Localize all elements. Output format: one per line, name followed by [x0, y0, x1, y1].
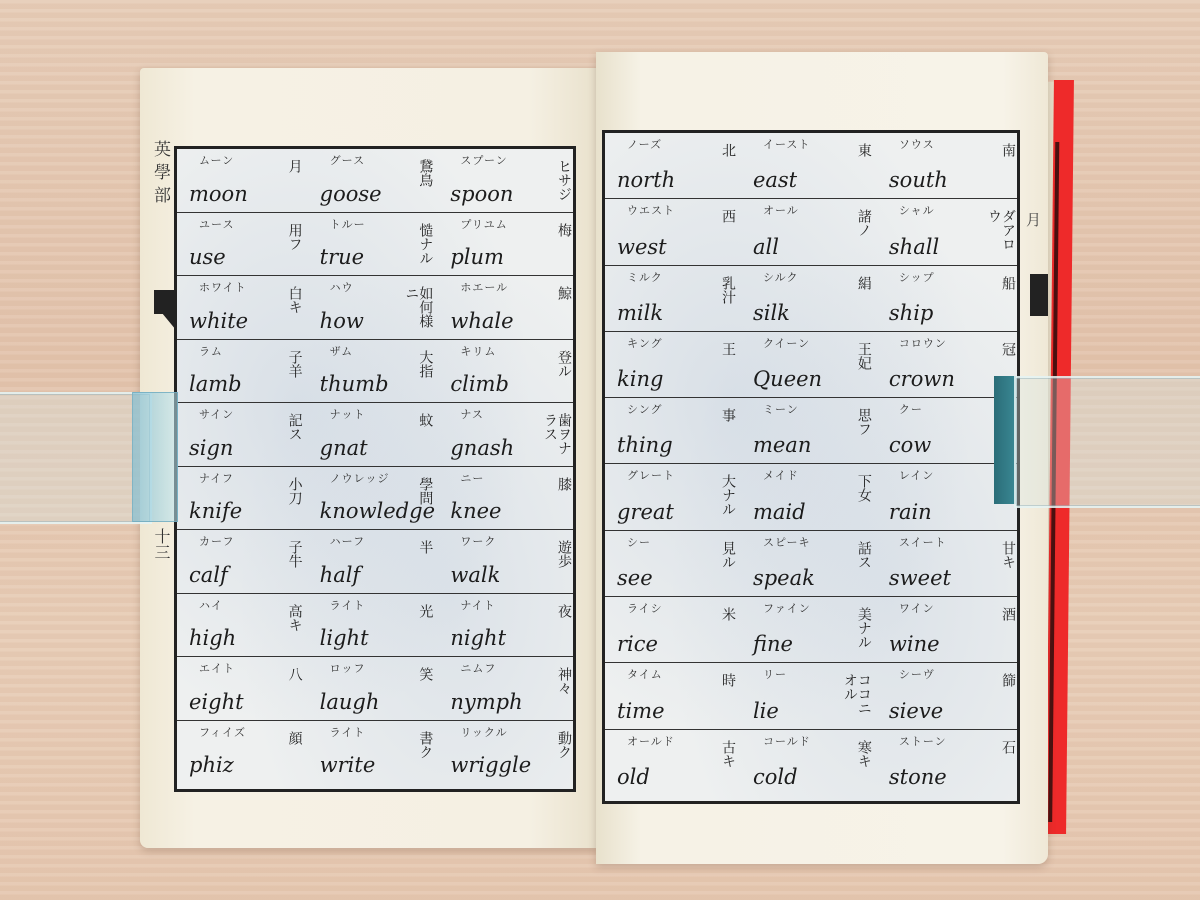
japanese-gloss: 美ナル — [857, 607, 871, 649]
katakana-reading: フィイズ — [199, 724, 246, 740]
english-word: plum — [450, 245, 504, 269]
english-word: time — [617, 699, 665, 723]
english-word: whale — [450, 309, 513, 333]
acrylic-weight-end-right — [994, 376, 1016, 504]
katakana-reading: ワーク — [460, 533, 496, 549]
vocab-entry: シャルshallダアロウ — [877, 199, 1017, 264]
japanese-gloss: 西 — [721, 209, 735, 223]
katakana-reading: ロッフ — [330, 660, 366, 676]
katakana-reading: タイム — [627, 666, 663, 682]
vocab-entry: ラムlamb子羊 — [177, 340, 308, 403]
vocab-row: ノーズnorth北イーストeast東ソウスsouth南 — [605, 133, 1017, 199]
margin-text: 月 — [1023, 212, 1044, 227]
katakana-reading: イースト — [763, 136, 810, 152]
vocab-entry: シルクsilk絹 — [741, 266, 877, 331]
english-word: sweet — [889, 566, 951, 590]
japanese-gloss: 蚊 — [418, 413, 432, 427]
katakana-reading: エイト — [199, 660, 235, 676]
japanese-gloss: 酒 — [1001, 607, 1015, 621]
japanese-gloss: 下女 — [857, 474, 871, 502]
katakana-reading: クイーン — [763, 335, 810, 351]
english-word: night — [450, 626, 506, 650]
japanese-gloss: 小刀 — [288, 477, 302, 505]
japanese-gloss: 話ス — [857, 541, 871, 569]
japanese-gloss: 記ス — [288, 413, 302, 441]
vocab-row: シーsee見ルスピーキspeak話ススイートsweet甘キ — [605, 531, 1017, 597]
japanese-gloss: 歯ヲナラス — [543, 413, 571, 466]
vocab-entry: ニムフnymph神々 — [438, 657, 573, 720]
vocab-row: ラムlamb子羊ザムthumb大指キリムclimb登ル — [177, 340, 573, 404]
katakana-reading: ミーン — [763, 401, 799, 417]
fishtail-mark-icon — [154, 290, 176, 330]
katakana-reading: ライト — [330, 597, 366, 613]
katakana-reading: シング — [627, 401, 663, 417]
vocab-entry: ニーknee膝 — [438, 467, 573, 530]
english-word: shall — [889, 235, 939, 259]
katakana-reading: ライシ — [627, 600, 663, 616]
vocab-entry: スピーキspeak話ス — [741, 531, 877, 596]
katakana-reading: クー — [899, 401, 923, 417]
acrylic-page-weight-left — [0, 392, 152, 524]
english-word: thumb — [320, 372, 389, 396]
page-number: 十三 — [150, 528, 173, 560]
vocab-entry: シーsee見ル — [605, 531, 741, 596]
japanese-gloss: 絹 — [857, 276, 871, 290]
right-page: ノーズnorth北イーストeast東ソウスsouth南ウエストwest西オールa… — [596, 52, 1048, 864]
vocabulary-table-right: ノーズnorth北イーストeast東ソウスsouth南ウエストwest西オールa… — [602, 130, 1020, 804]
katakana-reading: サイン — [199, 406, 234, 422]
japanese-gloss: 事 — [721, 408, 735, 422]
english-word: moon — [189, 182, 248, 206]
vocab-row: フィイズphiz顔ライトwrite書クリックルwriggle動ク — [177, 721, 573, 784]
english-word: cow — [889, 433, 931, 457]
english-word: how — [320, 309, 364, 333]
vocab-entry: ライシrice米 — [605, 597, 741, 662]
english-word: maid — [753, 500, 806, 524]
japanese-gloss: ヒサジ — [557, 159, 571, 201]
vocab-entry: ライトwrite書ク — [308, 721, 439, 784]
japanese-gloss: 大ナル — [721, 474, 735, 516]
book-title-margin: 英學部 — [148, 140, 173, 209]
english-word: rain — [889, 500, 932, 524]
katakana-reading: シーヴ — [899, 666, 935, 682]
katakana-reading: ファイン — [763, 600, 811, 616]
katakana-reading: ナイト — [460, 597, 495, 613]
vocab-entry: リーlieココニオル — [741, 663, 877, 728]
english-word: cold — [753, 765, 798, 789]
japanese-gloss: 北 — [721, 143, 735, 157]
english-word: fine — [753, 632, 793, 656]
vocab-entry: タイムtime時 — [605, 663, 741, 728]
japanese-gloss: 見ル — [721, 541, 735, 569]
japanese-gloss: 石 — [1001, 740, 1015, 754]
katakana-reading: ホワイト — [199, 279, 247, 295]
english-word: lie — [753, 699, 779, 723]
vocab-entry: ザムthumb大指 — [308, 340, 439, 403]
english-word: gnat — [320, 436, 368, 460]
katakana-reading: ノウレッジ — [330, 470, 390, 486]
japanese-gloss: 膝 — [557, 477, 571, 491]
acrylic-weight-end-left — [132, 392, 178, 522]
vocab-entry: ロッフlaugh笑 — [308, 657, 439, 720]
vocab-entry: スイートsweet甘キ — [877, 531, 1017, 596]
vocab-entry: プリユムplum梅 — [438, 213, 573, 276]
vocab-entry: イーストeast東 — [741, 133, 877, 198]
vocab-entry: ウエストwest西 — [605, 199, 741, 264]
english-word: high — [189, 626, 236, 650]
english-word: phiz — [189, 753, 234, 777]
vocab-row: ホワイトwhite白キハウhow如何様ニホエールwhale鯨 — [177, 276, 573, 340]
english-word: milk — [617, 301, 663, 325]
english-word: king — [617, 367, 663, 391]
katakana-reading: シャル — [899, 202, 935, 218]
japanese-gloss: 笑 — [418, 667, 432, 681]
vocab-entry: フィイズphiz顔 — [177, 721, 308, 784]
japanese-gloss: 東 — [857, 143, 871, 157]
fishtail-mark-icon — [1030, 274, 1048, 316]
katakana-reading: ザム — [330, 343, 353, 359]
katakana-reading: スプーン — [460, 152, 507, 168]
vocab-row: ムーンmoon月グースgoose鵞鳥スプーンspoonヒサジ — [177, 149, 573, 213]
katakana-reading: ワイン — [899, 600, 935, 616]
english-word: north — [617, 168, 675, 192]
japanese-gloss: 白キ — [288, 286, 302, 314]
japanese-gloss: ダアロウ — [987, 209, 1015, 264]
english-word: write — [320, 753, 376, 777]
japanese-gloss: 古キ — [721, 740, 735, 768]
vocab-entry: コールドcold寒キ — [741, 730, 877, 795]
katakana-reading: グレート — [627, 467, 675, 483]
japanese-gloss: 半 — [418, 540, 432, 554]
japanese-gloss: 學問 — [418, 477, 432, 505]
english-word: sieve — [889, 699, 943, 723]
english-word: speak — [753, 566, 815, 590]
japanese-gloss: 梅 — [557, 223, 571, 237]
vocab-row: キングking王クイーンQueen王妃コロウンcrown冠 — [605, 332, 1017, 398]
japanese-gloss: 篩 — [1001, 673, 1015, 687]
japanese-gloss: 米 — [721, 607, 735, 621]
vocab-row: エイトeight八ロッフlaugh笑ニムフnymph神々 — [177, 657, 573, 721]
english-word: true — [320, 245, 364, 269]
japanese-gloss: 八 — [288, 667, 302, 681]
katakana-reading: ソウス — [899, 136, 935, 152]
vocab-row: タイムtime時リーlieココニオルシーヴsieve篩 — [605, 663, 1017, 729]
katakana-reading: プリユム — [460, 216, 507, 232]
katakana-reading: ラム — [199, 343, 223, 359]
vocab-entry: キングking王 — [605, 332, 741, 397]
japanese-gloss: 動ク — [557, 731, 571, 759]
vocab-row: シングthing事ミーンmean思フクーcow牝牛 — [605, 398, 1017, 464]
katakana-reading: シー — [627, 534, 651, 550]
vocab-entry: トルーtrue慥ナル — [308, 213, 439, 276]
english-word: laugh — [320, 690, 380, 714]
katakana-reading: ホエール — [460, 279, 508, 295]
vocab-row: ミルクmilk乳汁シルクsilk絹シップship船 — [605, 266, 1017, 332]
english-word: all — [753, 235, 779, 259]
japanese-gloss: 船 — [1001, 276, 1015, 290]
katakana-reading: オールド — [627, 733, 675, 749]
katakana-reading: ストーン — [899, 733, 947, 749]
vocab-entry: シングthing事 — [605, 398, 741, 463]
vocab-entry: クイーンQueen王妃 — [741, 332, 877, 397]
acrylic-page-weight-right — [1014, 376, 1200, 508]
katakana-reading: リックル — [460, 724, 507, 740]
japanese-gloss: 高キ — [288, 604, 302, 632]
japanese-gloss: 顔 — [288, 731, 302, 745]
vocab-entry: リックルwriggle動ク — [438, 721, 573, 784]
vocab-entry: サインsign記ス — [177, 403, 308, 466]
english-word: silk — [753, 301, 790, 325]
english-word: see — [617, 566, 653, 590]
vocab-row: ナイフknife小刀ノウレッジknowledge學問ニーknee膝 — [177, 467, 573, 531]
vocab-row: オールドold古キコールドcold寒キストーンstone石 — [605, 730, 1017, 795]
english-word: rice — [617, 632, 658, 656]
vocab-entry: シーヴsieve篩 — [877, 663, 1017, 728]
katakana-reading: ミルク — [627, 269, 663, 285]
left-page: 英學部 十三 ムーンmoon月グースgoose鵞鳥スプーンspoonヒサジユース… — [140, 68, 598, 848]
vocab-entry: ホワイトwhite白キ — [177, 276, 308, 339]
english-word: crown — [889, 367, 955, 391]
japanese-gloss: 如何様ニ — [404, 286, 432, 339]
katakana-reading: グース — [330, 152, 365, 168]
vocab-entry: ストーンstone石 — [877, 730, 1017, 795]
japanese-gloss: 諸ノ — [857, 209, 871, 237]
japanese-gloss: 思フ — [857, 408, 871, 436]
japanese-gloss: 子羊 — [288, 350, 302, 378]
japanese-gloss: 光 — [418, 604, 432, 618]
english-word: south — [889, 168, 948, 192]
english-word: walk — [450, 563, 500, 587]
vocab-entry: メイドmaid下女 — [741, 464, 877, 529]
japanese-gloss: 王妃 — [857, 342, 871, 370]
vocab-row: ライシrice米ファインfine美ナルワインwine酒 — [605, 597, 1017, 663]
japanese-gloss: 時 — [721, 673, 735, 687]
vocab-entry: ノーズnorth北 — [605, 133, 741, 198]
english-word: calf — [189, 563, 228, 587]
vocab-entry: ナイトnight夜 — [438, 594, 573, 657]
katakana-reading: スイート — [899, 534, 947, 550]
english-word: great — [617, 500, 674, 524]
english-word: ship — [889, 301, 933, 325]
katakana-reading: トルー — [330, 216, 366, 232]
katakana-reading: カーフ — [199, 533, 234, 549]
vocab-row: グレートgreat大ナルメイドmaid下女レインrain雨 — [605, 464, 1017, 530]
english-word: lamb — [189, 372, 242, 396]
english-word: use — [189, 245, 226, 269]
japanese-gloss: 用フ — [288, 223, 302, 251]
english-word: stone — [889, 765, 947, 789]
katakana-reading: ニムフ — [460, 660, 496, 676]
vocab-entry: ホエールwhale鯨 — [438, 276, 573, 339]
english-word: Queen — [753, 367, 822, 391]
english-word: wriggle — [450, 753, 531, 777]
japanese-gloss: 冠 — [1001, 342, 1015, 356]
vocab-entry: ユースuse用フ — [177, 213, 308, 276]
japanese-gloss: 鵞鳥 — [418, 159, 432, 187]
japanese-gloss: 乳汁 — [721, 276, 735, 304]
katakana-reading: キング — [627, 335, 663, 351]
katakana-reading: ライト — [330, 724, 366, 740]
japanese-gloss: 月 — [288, 159, 302, 173]
katakana-reading: ハイ — [199, 597, 223, 613]
vocab-entry: ファインfine美ナル — [741, 597, 877, 662]
vocab-entry: ハイhigh高キ — [177, 594, 308, 657]
katakana-reading: スピーキ — [763, 534, 811, 550]
english-word: spoon — [450, 182, 513, 206]
vocab-entry: ノウレッジknowledge學問 — [308, 467, 439, 530]
katakana-reading: ムーン — [199, 152, 234, 168]
japanese-gloss: 慥ナル — [418, 223, 432, 265]
vocab-entry: ハーフhalf半 — [308, 530, 439, 593]
vocab-entry: ハウhow如何様ニ — [308, 276, 439, 339]
vocab-entry: ナイフknife小刀 — [177, 467, 308, 530]
katakana-reading: ナット — [330, 406, 366, 422]
vocab-entry: ワインwine酒 — [877, 597, 1017, 662]
japanese-gloss: 鯨 — [557, 286, 571, 300]
japanese-gloss: 大指 — [418, 350, 432, 378]
english-word: west — [617, 235, 667, 259]
vocab-entry: ムーンmoon月 — [177, 149, 308, 212]
japanese-gloss: 甘キ — [1001, 541, 1015, 569]
vocab-entry: オールall諸ノ — [741, 199, 877, 264]
english-word: old — [617, 765, 650, 789]
vocab-entry: ナスgnash歯ヲナラス — [438, 403, 573, 466]
vocab-entry: グレートgreat大ナル — [605, 464, 741, 529]
katakana-reading: ハウ — [330, 279, 354, 295]
english-word: climb — [450, 372, 509, 396]
japanese-gloss: 神々 — [557, 667, 571, 695]
english-word: mean — [753, 433, 811, 457]
english-word: light — [320, 626, 369, 650]
english-word: half — [320, 563, 361, 587]
japanese-gloss: 登ル — [557, 350, 571, 378]
japanese-gloss: 子牛 — [288, 540, 302, 568]
katakana-reading: リー — [763, 666, 787, 682]
vocab-row: カーフcalf子牛ハーフhalf半ワークwalk遊歩 — [177, 530, 573, 594]
vocab-row: ウエストwest西オールall諸ノシャルshallダアロウ — [605, 199, 1017, 265]
vocab-entry: カーフcalf子牛 — [177, 530, 308, 593]
katakana-reading: メイド — [763, 467, 799, 483]
vocab-row: ハイhigh高キライトlight光ナイトnight夜 — [177, 594, 573, 658]
vocab-entry: シップship船 — [877, 266, 1017, 331]
japanese-gloss: 書ク — [418, 731, 432, 759]
japanese-gloss: 遊歩 — [557, 540, 571, 568]
english-word: goose — [320, 182, 382, 206]
katakana-reading: シップ — [899, 269, 935, 285]
english-word: knife — [189, 499, 242, 523]
katakana-reading: ニー — [460, 470, 484, 486]
vocab-entry: エイトeight八 — [177, 657, 308, 720]
english-word: knee — [450, 499, 501, 523]
katakana-reading: キリム — [460, 343, 496, 359]
katakana-reading: ナイフ — [199, 470, 234, 486]
katakana-reading: コロウン — [899, 335, 947, 351]
katakana-reading: ナス — [460, 406, 484, 422]
english-word: thing — [617, 433, 673, 457]
japanese-gloss: 寒キ — [857, 740, 871, 768]
katakana-reading: レイン — [899, 467, 934, 483]
japanese-gloss: 南 — [1001, 143, 1015, 157]
english-word: east — [753, 168, 797, 192]
japanese-gloss: 夜 — [557, 604, 571, 618]
katakana-reading: ユース — [199, 216, 234, 232]
japanese-gloss: ココニオル — [843, 673, 871, 728]
vocab-entry: ワークwalk遊歩 — [438, 530, 573, 593]
vocab-row: サインsign記スナットgnat蚊ナスgnash歯ヲナラス — [177, 403, 573, 467]
english-word: wine — [889, 632, 940, 656]
katakana-reading: オール — [763, 202, 799, 218]
vocab-entry: ミルクmilk乳汁 — [605, 266, 741, 331]
vocab-entry: オールドold古キ — [605, 730, 741, 795]
katakana-reading: ウエスト — [627, 202, 675, 218]
vocab-entry: グースgoose鵞鳥 — [308, 149, 439, 212]
katakana-reading: ハーフ — [330, 533, 365, 549]
vocab-entry: ライトlight光 — [308, 594, 439, 657]
english-word: white — [189, 309, 248, 333]
english-word: sign — [189, 436, 233, 460]
vocabulary-table-left: ムーンmoon月グースgoose鵞鳥スプーンspoonヒサジユースuse用フトル… — [174, 146, 576, 792]
katakana-reading: シルク — [763, 269, 799, 285]
vocab-entry: ナットgnat蚊 — [308, 403, 439, 466]
japanese-gloss: 王 — [721, 342, 735, 356]
vocab-entry: ミーンmean思フ — [741, 398, 877, 463]
katakana-reading: コールド — [763, 733, 811, 749]
english-word: nymph — [450, 690, 522, 714]
vocab-entry: ソウスsouth南 — [877, 133, 1017, 198]
english-word: gnash — [450, 436, 514, 460]
katakana-reading: ノーズ — [627, 136, 662, 152]
vocab-row: ユースuse用フトルーtrue慥ナルプリユムplum梅 — [177, 213, 573, 277]
english-word: eight — [189, 690, 244, 714]
vocab-entry: スプーンspoonヒサジ — [438, 149, 573, 212]
vocab-entry: キリムclimb登ル — [438, 340, 573, 403]
